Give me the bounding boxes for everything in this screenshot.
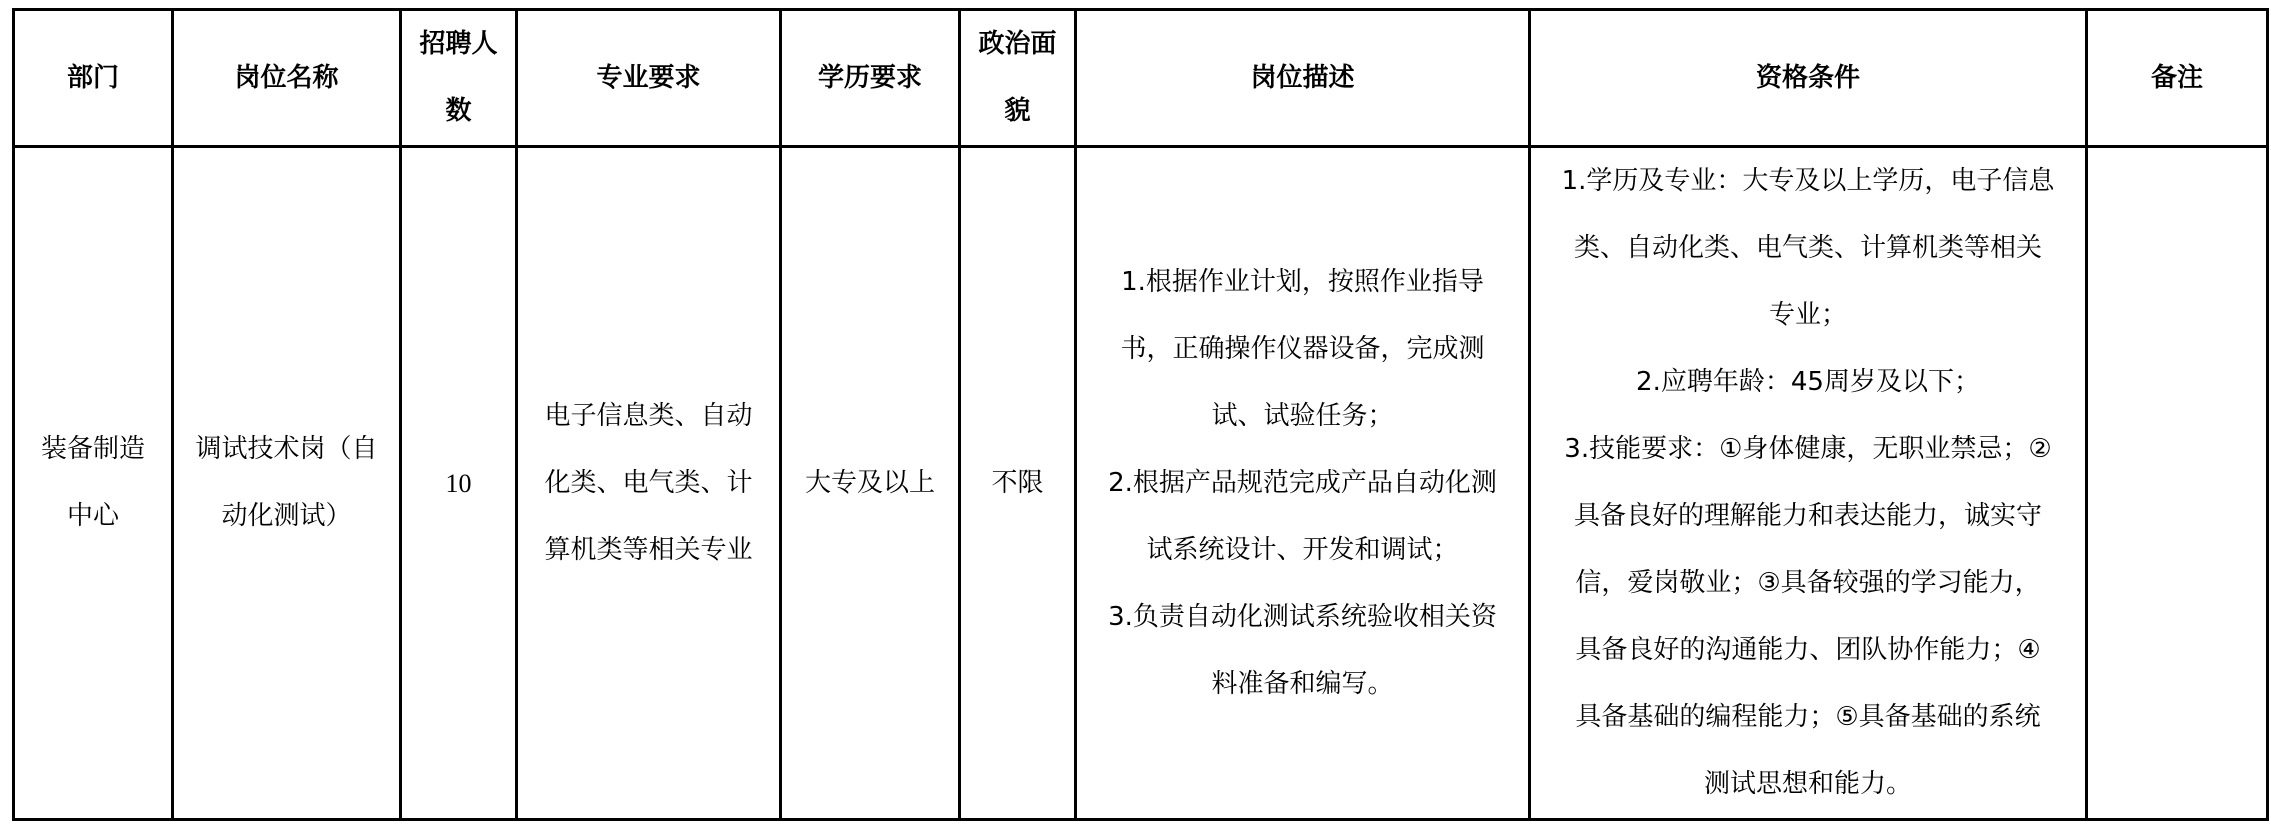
header-qualifications: 资格条件: [1530, 10, 2087, 147]
cell-text: 1.学历及专业：大专及以上学历，电子信息: [1539, 148, 2077, 215]
header-job-description: 岗位描述: [1076, 10, 1530, 147]
header-major: 专业要求: [517, 10, 781, 147]
cell-text: 不限: [969, 450, 1066, 517]
cell-text: 信，爱岗敬业；③具备较强的学习能力，: [1539, 550, 2077, 617]
header-label: 专业要求: [526, 45, 771, 112]
cell-text: 专业；: [1539, 282, 2077, 349]
header-political-status: 政治面 貌: [960, 10, 1076, 147]
cell-text: 料准备和编写。: [1085, 651, 1520, 718]
cell-job-description: 1.根据作业计划，按照作业指导 书，正确操作仪器设备，完成测 试、试验任务； 2…: [1076, 147, 1530, 820]
table-row: 装备制造 中心 调试技术岗（自 动化测试） 10 电子信息类、自动 化类、电气类…: [14, 147, 2268, 820]
cell-text: 试、试验任务；: [1085, 383, 1520, 450]
cell-text: 大专及以上: [790, 450, 950, 517]
header-education: 学历要求: [781, 10, 960, 147]
cell-text: 2.应聘年龄：45周岁及以下；: [1539, 349, 2077, 416]
cell-education: 大专及以上: [781, 147, 960, 820]
cell-text: 调试技术岗（自: [182, 416, 391, 483]
cell-text: 试系统设计、开发和调试；: [1085, 517, 1520, 584]
cell-department: 装备制造 中心: [14, 147, 173, 820]
header-remarks: 备注: [2087, 10, 2268, 147]
header-position-name: 岗位名称: [173, 10, 401, 147]
header-row: 部门 岗位名称 招聘人 数 专业要求 学历要求 政治面 貌 岗位描述: [14, 10, 2268, 147]
cell-political-status: 不限: [960, 147, 1076, 820]
cell-text: 书，正确操作仪器设备，完成测: [1085, 316, 1520, 383]
cell-text: 动化测试）: [182, 483, 391, 550]
cell-text: 具备基础的编程能力；⑤具备基础的系统: [1539, 684, 2077, 751]
header-label: 貌: [969, 78, 1066, 145]
cell-text: 装备制造: [23, 416, 163, 483]
cell-position-name: 调试技术岗（自 动化测试）: [173, 147, 401, 820]
header-department: 部门: [14, 10, 173, 147]
cell-text: 3.技能要求：①身体健康，无职业禁忌；②: [1539, 416, 2077, 483]
cell-text: 具备良好的沟通能力、团队协作能力；④: [1539, 617, 2077, 684]
header-label: 学历要求: [790, 45, 950, 112]
cell-text: 测试思想和能力。: [1539, 751, 2077, 818]
cell-text: 3.负责自动化测试系统验收相关资: [1085, 584, 1520, 651]
cell-remarks: [2087, 147, 2268, 820]
cell-text: 具备良好的理解能力和表达能力，诚实守: [1539, 483, 2077, 550]
header-label: 岗位描述: [1085, 45, 1520, 112]
header-label: 招聘人: [410, 11, 507, 78]
recruitment-table: 部门 岗位名称 招聘人 数 专业要求 学历要求 政治面 貌 岗位描述: [12, 8, 2269, 821]
cell-text: 电子信息类、自动: [526, 383, 771, 450]
cell-text: 类、自动化类、电气类、计算机类等相关: [1539, 215, 2077, 282]
cell-major: 电子信息类、自动 化类、电气类、计 算机类等相关专业: [517, 147, 781, 820]
cell-text: 1.根据作业计划，按照作业指导: [1085, 249, 1520, 316]
header-label: 数: [410, 78, 507, 145]
cell-text: 10: [410, 450, 507, 517]
cell-text: 化类、电气类、计: [526, 450, 771, 517]
header-label: 政治面: [969, 11, 1066, 78]
header-label: 部门: [23, 45, 163, 112]
cell-text: 算机类等相关专业: [526, 517, 771, 584]
cell-qualifications: 1.学历及专业：大专及以上学历，电子信息 类、自动化类、电气类、计算机类等相关 …: [1530, 147, 2087, 820]
cell-text: 2.根据产品规范完成产品自动化测: [1085, 450, 1520, 517]
header-label: 资格条件: [1539, 45, 2077, 112]
header-label: 岗位名称: [182, 45, 391, 112]
header-label: 备注: [2096, 45, 2258, 112]
cell-headcount: 10: [401, 147, 517, 820]
cell-text: 中心: [23, 483, 163, 550]
header-headcount: 招聘人 数: [401, 10, 517, 147]
